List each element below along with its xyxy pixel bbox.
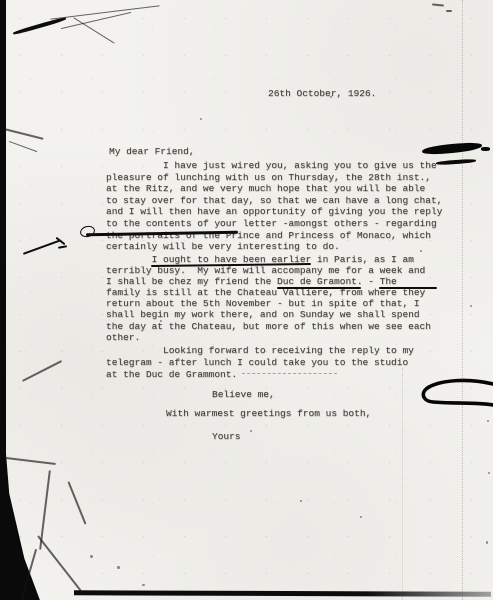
typed-line: the day at the Chateau, but more of this… (106, 321, 431, 332)
typed-line: and I will then have an opportunity of g… (106, 206, 442, 218)
closing-greetings: With warmest greetings from us both, (166, 408, 371, 419)
speck (200, 118, 202, 120)
speck (432, 3, 444, 6)
tear-crease (6, 457, 56, 465)
speck (142, 584, 145, 586)
torn-corner-bottom-left (0, 452, 42, 600)
ink-smear (422, 141, 483, 155)
scanned-letter: 26th October, 1926. My dear Friend, I ha… (0, 0, 493, 600)
typed-line: family is still at the Chateau Valliere,… (106, 287, 431, 298)
speck (330, 96, 332, 98)
speck (250, 430, 252, 432)
tear-crease (67, 481, 86, 524)
typed-line: to stay over for that day, so that we ca… (106, 195, 442, 207)
typed-line: to the contents of your letter -amongst … (106, 218, 442, 230)
speck (90, 555, 93, 558)
typed-line: other. (106, 332, 431, 343)
speck (360, 516, 362, 518)
fold-line (462, 0, 463, 600)
bottom-edge-shadow (74, 590, 491, 596)
tear-crease (37, 535, 84, 595)
typed-line: Looking forward to receiving the reply t… (106, 345, 414, 357)
speck (300, 500, 302, 502)
typed-line: telegram - after lunch I could take you … (106, 357, 414, 369)
ink-smear (481, 147, 490, 151)
speck (160, 320, 162, 322)
typed-line: pleasure of lunching with us on Thursday… (106, 172, 442, 184)
paragraph-3: Looking forward to receiving the reply t… (106, 345, 414, 381)
fold-line (402, 368, 403, 600)
typed-line: I shall be chez my friend the Duc de Gra… (106, 276, 431, 287)
pen-margin-arrow-hook (58, 245, 67, 248)
closing-signature: Yours (212, 431, 241, 442)
speck (488, 472, 490, 474)
typed-line: certainly will be very interesting to do… (106, 241, 442, 253)
speck (117, 566, 120, 569)
crease-line (22, 360, 62, 381)
typed-line: at the Duc de Grammont. (106, 369, 414, 381)
crease-line (9, 141, 38, 153)
speck (420, 250, 422, 252)
speck (487, 420, 489, 422)
paragraph-1: I have just wired you, asking you to giv… (106, 160, 442, 253)
pen-underline-gramont (277, 287, 361, 289)
pen-bracket-mark (416, 376, 493, 409)
crease-line (61, 12, 131, 29)
pen-underline-the (379, 287, 437, 289)
speck (486, 541, 488, 544)
speck (470, 305, 472, 307)
speck (446, 10, 452, 12)
crease-line (4, 128, 43, 140)
faint-dash-marks (242, 373, 337, 374)
crease-streak-top-left (13, 16, 67, 35)
letter-date: 26th October, 1926. (268, 88, 376, 99)
pen-margin-arrow (23, 239, 61, 255)
typed-line: shall begin my work there, and on Sunday… (106, 309, 431, 320)
letter-salutation: My dear Friend, (109, 146, 195, 157)
paragraph-2: I ought to have been earlier in Paris, a… (106, 254, 431, 343)
pen-strikethrough-swirl (79, 224, 96, 239)
typed-line: return about the 5th November - but in s… (106, 298, 431, 309)
typed-line: at the Ritz, and we very much hope that … (106, 183, 442, 195)
closing-believe-me: Believe me, (212, 389, 275, 400)
typed-line: I have just wired you, asking you to giv… (106, 160, 442, 172)
